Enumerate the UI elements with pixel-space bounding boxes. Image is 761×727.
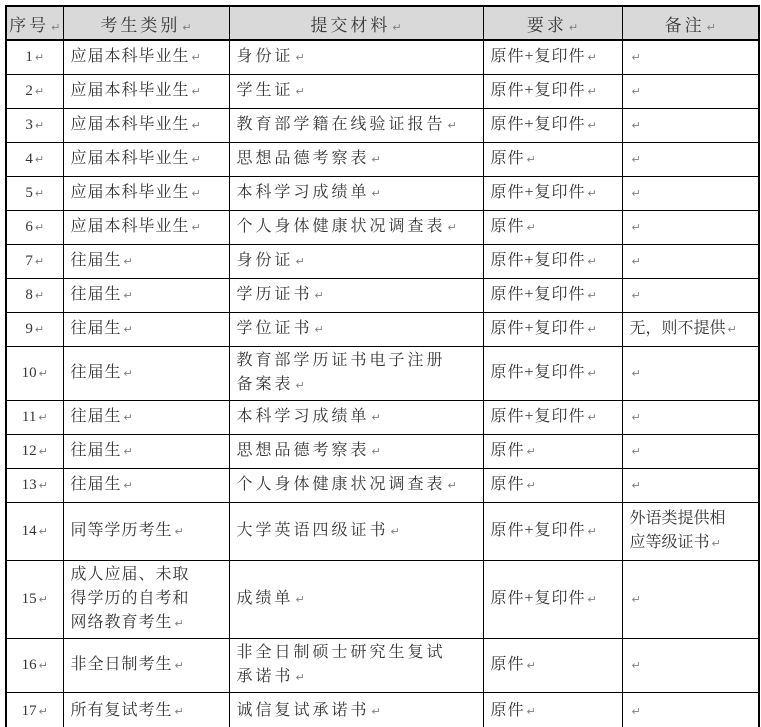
- paragraph-mark-icon: ↵: [39, 705, 48, 718]
- cell-submitted-material: 个人身体健康状况调查表↵: [229, 468, 483, 502]
- cell-text: 原件+复印件: [491, 82, 586, 99]
- cell-submitted-material: 个人身体健康状况调查表↵: [229, 210, 483, 244]
- header-label: 要求: [527, 16, 567, 35]
- paragraph-mark-icon: ↵: [588, 85, 597, 98]
- paragraph-mark-icon: ↵: [39, 479, 48, 492]
- cell-text: 应届本科毕业生: [71, 48, 190, 65]
- cell-text: 诚信复试承诺书: [237, 702, 370, 719]
- cell-text: 12: [22, 443, 37, 459]
- paragraph-mark-icon: ↵: [39, 659, 48, 672]
- cell-candidate-category: 应届本科毕业生↵: [63, 108, 229, 142]
- paragraph-mark-icon: ↵: [632, 51, 641, 64]
- cell-text: 身份证: [237, 252, 294, 269]
- cell-text: 原件: [491, 702, 525, 719]
- cell-requirement: 原件↵: [483, 434, 622, 468]
- paragraph-mark-icon: ↵: [632, 445, 641, 458]
- cell-submitted-material: 成绩单↵: [229, 560, 483, 638]
- cell-text: 原件+复印件: [491, 320, 586, 337]
- cell-candidate-category: 往届生↵: [63, 468, 229, 502]
- paragraph-mark-icon: ↵: [39, 367, 48, 380]
- paragraph-mark-icon: ↵: [296, 51, 305, 64]
- paragraph-mark-icon: ↵: [175, 659, 184, 672]
- cell-candidate-category: 应届本科毕业生↵: [63, 142, 229, 176]
- cell-submitted-material: 本科学习成绩单↵: [229, 176, 483, 210]
- header-serial-number: 序号↵: [6, 6, 63, 40]
- paragraph-mark-icon: ↵: [296, 85, 305, 98]
- paragraph-mark-icon: ↵: [35, 289, 44, 302]
- table-row: 11↵往届生↵本科学习成绩单↵原件+复印件↵↵: [6, 400, 759, 434]
- cell-text: 15: [22, 591, 37, 607]
- cell-text: 1: [25, 49, 33, 65]
- cell-serial-number: 11↵: [6, 400, 63, 434]
- paragraph-mark-icon: ↵: [296, 255, 305, 268]
- paragraph-mark-icon: ↵: [372, 187, 381, 200]
- cell-requirement: 原件+复印件↵: [483, 502, 622, 560]
- header-candidate-category: 考生类别↵: [63, 6, 229, 40]
- paragraph-mark-icon: ↵: [632, 411, 641, 424]
- cell-requirement: 原件+复印件↵: [483, 346, 622, 400]
- cell-text: 原件+复印件: [491, 48, 586, 65]
- paragraph-mark-icon: ↵: [527, 445, 536, 458]
- paragraph-mark-icon: ↵: [315, 323, 324, 336]
- cell-requirement: 原件+复印件↵: [483, 40, 622, 74]
- cell-serial-number: 3↵: [6, 108, 63, 142]
- paragraph-mark-icon: ↵: [392, 21, 401, 34]
- table-body: 1↵应届本科毕业生↵身份证↵原件+复印件↵↵2↵应届本科毕业生↵学生证↵原件+复…: [6, 40, 759, 727]
- paragraph-mark-icon: ↵: [124, 367, 133, 380]
- paragraph-mark-icon: ↵: [527, 479, 536, 492]
- cell-requirement: 原件↵: [483, 638, 622, 692]
- paragraph-mark-icon: ↵: [35, 119, 44, 132]
- table-row: 1↵应届本科毕业生↵身份证↵原件+复印件↵↵: [6, 40, 759, 74]
- cell-text: 原件+复印件: [491, 184, 586, 201]
- cell-text: 往届生: [71, 320, 122, 337]
- header-submitted-materials: 提交材料↵: [229, 6, 483, 40]
- cell-remark: ↵: [622, 468, 759, 502]
- cell-remark: 无，则不提供↵: [622, 312, 759, 346]
- table-header: 序号↵ 考生类别↵ 提交材料↵ 要求↵ 备注↵: [6, 6, 759, 40]
- cell-candidate-category: 应届本科毕业生↵: [63, 210, 229, 244]
- cell-submitted-material: 学历证书↵: [229, 278, 483, 312]
- paragraph-mark-icon: ↵: [124, 445, 133, 458]
- table-row: 5↵应届本科毕业生↵本科学习成绩单↵原件+复印件↵↵: [6, 176, 759, 210]
- paragraph-mark-icon: ↵: [372, 705, 381, 718]
- cell-requirement: 原件+复印件↵: [483, 74, 622, 108]
- table-row: 10↵往届生↵教育部学历证书电子注册 备案表↵原件+复印件↵↵: [6, 346, 759, 400]
- paragraph-mark-icon: ↵: [448, 221, 457, 234]
- cell-text: 思想品德考察表: [237, 442, 370, 459]
- cell-text: 学位证书: [237, 320, 313, 337]
- paragraph-mark-icon: ↵: [527, 153, 536, 166]
- cell-submitted-material: 教育部学籍在线验证报告↵: [229, 108, 483, 142]
- cell-text: 学生证: [237, 82, 294, 99]
- cell-submitted-material: 思想品德考察表↵: [229, 142, 483, 176]
- cell-candidate-category: 应届本科毕业生↵: [63, 74, 229, 108]
- paragraph-mark-icon: ↵: [569, 21, 578, 34]
- cell-text: 大学英语四级证书: [237, 522, 389, 539]
- paragraph-mark-icon: ↵: [39, 445, 48, 458]
- paragraph-mark-icon: ↵: [391, 525, 400, 538]
- cell-text: 往届生: [71, 286, 122, 303]
- paragraph-mark-icon: ↵: [527, 659, 536, 672]
- paragraph-mark-icon: ↵: [296, 593, 305, 606]
- cell-text: 所有复试考生: [71, 702, 173, 719]
- cell-serial-number: 5↵: [6, 176, 63, 210]
- table-row: 15↵成人应届、未取 得学历的自考和 网络教育考生↵成绩单↵原件+复印件↵↵: [6, 560, 759, 638]
- cell-candidate-category: 应届本科毕业生↵: [63, 176, 229, 210]
- cell-candidate-category: 往届生↵: [63, 346, 229, 400]
- cell-text: 原件: [491, 150, 525, 167]
- cell-requirement: 原件+复印件↵: [483, 560, 622, 638]
- paragraph-mark-icon: ↵: [39, 593, 48, 606]
- paragraph-mark-icon: ↵: [632, 289, 641, 302]
- cell-text: 2: [25, 83, 33, 99]
- cell-text: 16: [22, 657, 37, 673]
- cell-remark: 外语类提供相 应等级证书↵: [622, 502, 759, 560]
- paragraph-mark-icon: ↵: [35, 153, 44, 166]
- cell-text: 个人身体健康状况调查表: [237, 218, 446, 235]
- cell-text: 无，则不提供: [630, 320, 726, 337]
- cell-candidate-category: 往届生↵: [63, 244, 229, 278]
- cell-text: 17: [22, 703, 37, 719]
- paragraph-mark-icon: ↵: [707, 21, 716, 34]
- paragraph-mark-icon: ↵: [175, 617, 184, 630]
- cell-candidate-category: 往届生↵: [63, 434, 229, 468]
- cell-requirement: 原件↵: [483, 210, 622, 244]
- header-requirement: 要求↵: [483, 6, 622, 40]
- cell-text: 原件: [491, 476, 525, 493]
- cell-serial-number: 8↵: [6, 278, 63, 312]
- paragraph-mark-icon: ↵: [632, 659, 641, 672]
- table-row: 12↵往届生↵思想品德考察表↵原件↵↵: [6, 434, 759, 468]
- cell-submitted-material: 诚信复试承诺书↵: [229, 692, 483, 727]
- cell-text: 非全日制考生: [71, 656, 173, 673]
- cell-serial-number: 10↵: [6, 346, 63, 400]
- cell-text: 11: [22, 409, 36, 425]
- paragraph-mark-icon: ↵: [124, 479, 133, 492]
- paragraph-mark-icon: ↵: [35, 255, 44, 268]
- paragraph-mark-icon: ↵: [588, 51, 597, 64]
- table-row: 4↵应届本科毕业生↵思想品德考察表↵原件↵↵: [6, 142, 759, 176]
- paragraph-mark-icon: ↵: [632, 119, 641, 132]
- cell-text: 原件+复印件: [491, 252, 586, 269]
- cell-text: 原件: [491, 218, 525, 235]
- cell-text: 13: [22, 477, 37, 493]
- paragraph-mark-icon: ↵: [175, 525, 184, 538]
- cell-remark: ↵: [622, 346, 759, 400]
- cell-remark: ↵: [622, 40, 759, 74]
- cell-submitted-material: 学位证书↵: [229, 312, 483, 346]
- cell-remark: ↵: [622, 638, 759, 692]
- cell-candidate-category: 应届本科毕业生↵: [63, 40, 229, 74]
- cell-text: 往届生: [71, 476, 122, 493]
- cell-submitted-material: 教育部学历证书电子注册 备案表↵: [229, 346, 483, 400]
- table-row: 8↵往届生↵学历证书↵原件+复印件↵↵: [6, 278, 759, 312]
- paragraph-mark-icon: ↵: [35, 221, 44, 234]
- paragraph-mark-icon: ↵: [632, 85, 641, 98]
- cell-text: 应届本科毕业生: [71, 82, 190, 99]
- materials-table: 序号↵ 考生类别↵ 提交材料↵ 要求↵ 备注↵ 1↵应届本科毕业生↵身份证↵原件…: [5, 5, 760, 727]
- paragraph-mark-icon: ↵: [632, 593, 641, 606]
- cell-text: 14: [22, 523, 37, 539]
- header-row: 序号↵ 考生类别↵ 提交材料↵ 要求↵ 备注↵: [6, 6, 759, 40]
- cell-requirement: 原件+复印件↵: [483, 244, 622, 278]
- cell-remark: ↵: [622, 692, 759, 727]
- cell-remark: ↵: [622, 210, 759, 244]
- cell-text: 应届本科毕业生: [71, 150, 190, 167]
- cell-text: 往届生: [71, 408, 122, 425]
- cell-text: 学历证书: [237, 286, 313, 303]
- paragraph-mark-icon: ↵: [588, 525, 597, 538]
- cell-text: 原件+复印件: [491, 116, 586, 133]
- paragraph-mark-icon: ↵: [632, 367, 641, 380]
- paragraph-mark-icon: ↵: [588, 255, 597, 268]
- cell-submitted-material: 非全日制硕士研究生复试 承诺书↵: [229, 638, 483, 692]
- paragraph-mark-icon: ↵: [192, 221, 201, 234]
- cell-candidate-category: 同等学历考生↵: [63, 502, 229, 560]
- cell-submitted-material: 学生证↵: [229, 74, 483, 108]
- paragraph-mark-icon: ↵: [192, 51, 201, 64]
- table-row: 6↵应届本科毕业生↵个人身体健康状况调查表↵原件↵↵: [6, 210, 759, 244]
- header-label: 备注: [665, 16, 705, 35]
- paragraph-mark-icon: ↵: [632, 221, 641, 234]
- cell-text: 4: [25, 151, 33, 167]
- cell-text: 教育部学籍在线验证报告: [237, 116, 446, 133]
- cell-requirement: 原件↵: [483, 468, 622, 502]
- paragraph-mark-icon: ↵: [588, 323, 597, 336]
- cell-candidate-category: 非全日制考生↵: [63, 638, 229, 692]
- cell-text: 非全日制硕士研究生复试 承诺书: [237, 644, 446, 685]
- cell-text: 8: [25, 287, 33, 303]
- cell-text: 5: [25, 185, 33, 201]
- paragraph-mark-icon: ↵: [588, 187, 597, 200]
- paragraph-mark-icon: ↵: [192, 187, 201, 200]
- cell-text: 思想品德考察表: [237, 150, 370, 167]
- cell-remark: ↵: [622, 74, 759, 108]
- table-row: 13↵往届生↵个人身体健康状况调查表↵原件↵↵: [6, 468, 759, 502]
- cell-text: 10: [22, 365, 37, 381]
- paragraph-mark-icon: ↵: [632, 705, 641, 718]
- paragraph-mark-icon: ↵: [124, 323, 133, 336]
- cell-requirement: 原件+复印件↵: [483, 176, 622, 210]
- paragraph-mark-icon: ↵: [372, 153, 381, 166]
- cell-submitted-material: 身份证↵: [229, 244, 483, 278]
- cell-candidate-category: 往届生↵: [63, 400, 229, 434]
- cell-text: 原件+复印件: [491, 408, 586, 425]
- paragraph-mark-icon: ↵: [448, 479, 457, 492]
- cell-serial-number: 12↵: [6, 434, 63, 468]
- cell-candidate-category: 成人应届、未取 得学历的自考和 网络教育考生↵: [63, 560, 229, 638]
- header-label: 序号: [9, 16, 49, 35]
- cell-text: 身份证: [237, 48, 294, 65]
- paragraph-mark-icon: ↵: [192, 153, 201, 166]
- cell-text: 原件: [491, 656, 525, 673]
- cell-requirement: 原件+复印件↵: [483, 400, 622, 434]
- cell-text: 教育部学历证书电子注册 备案表: [237, 352, 446, 393]
- table-row: 14↵同等学历考生↵大学英语四级证书↵原件+复印件↵外语类提供相 应等级证书↵: [6, 502, 759, 560]
- cell-text: 个人身体健康状况调查表: [237, 476, 446, 493]
- cell-serial-number: 6↵: [6, 210, 63, 244]
- cell-text: 成绩单: [237, 590, 294, 607]
- paragraph-mark-icon: ↵: [315, 289, 324, 302]
- paragraph-mark-icon: ↵: [192, 119, 201, 132]
- cell-remark: ↵: [622, 142, 759, 176]
- paragraph-mark-icon: ↵: [124, 411, 133, 424]
- table-row: 3↵应届本科毕业生↵教育部学籍在线验证报告↵原件+复印件↵↵: [6, 108, 759, 142]
- cell-serial-number: 17↵: [6, 692, 63, 727]
- cell-serial-number: 14↵: [6, 502, 63, 560]
- table-row: 7↵往届生↵身份证↵原件+复印件↵↵: [6, 244, 759, 278]
- paragraph-mark-icon: ↵: [35, 85, 44, 98]
- paragraph-mark-icon: ↵: [527, 221, 536, 234]
- paragraph-mark-icon: ↵: [39, 525, 48, 538]
- paragraph-mark-icon: ↵: [712, 537, 721, 550]
- paragraph-mark-icon: ↵: [588, 289, 597, 302]
- paragraph-mark-icon: ↵: [588, 593, 597, 606]
- cell-submitted-material: 身份证↵: [229, 40, 483, 74]
- paragraph-mark-icon: ↵: [192, 85, 201, 98]
- paragraph-mark-icon: ↵: [51, 21, 60, 34]
- header-label: 考生类别: [100, 16, 180, 35]
- table-row: 2↵应届本科毕业生↵学生证↵原件+复印件↵↵: [6, 74, 759, 108]
- cell-text: 9: [25, 321, 33, 337]
- paragraph-mark-icon: ↵: [728, 323, 737, 336]
- cell-text: 原件+复印件: [491, 522, 586, 539]
- cell-remark: ↵: [622, 176, 759, 210]
- cell-serial-number: 13↵: [6, 468, 63, 502]
- cell-text: 成人应届、未取 得学历的自考和 网络教育考生: [71, 566, 190, 631]
- cell-text: 应届本科毕业生: [71, 218, 190, 235]
- cell-serial-number: 15↵: [6, 560, 63, 638]
- cell-serial-number: 7↵: [6, 244, 63, 278]
- table-row: 17↵所有复试考生↵诚信复试承诺书↵原件↵↵: [6, 692, 759, 727]
- table-row: 9↵往届生↵学位证书↵原件+复印件↵无，则不提供↵: [6, 312, 759, 346]
- header-remarks: 备注↵: [622, 6, 759, 40]
- cell-submitted-material: 本科学习成绩单↵: [229, 400, 483, 434]
- paragraph-mark-icon: ↵: [38, 411, 47, 424]
- paragraph-mark-icon: ↵: [588, 411, 597, 424]
- paragraph-mark-icon: ↵: [296, 379, 305, 392]
- cell-text: 原件: [491, 442, 525, 459]
- paragraph-mark-icon: ↵: [296, 671, 305, 684]
- paragraph-mark-icon: ↵: [588, 367, 597, 380]
- cell-candidate-category: 往届生↵: [63, 278, 229, 312]
- cell-text: 原件+复印件: [491, 286, 586, 303]
- cell-text: 往届生: [71, 364, 122, 381]
- cell-remark: ↵: [622, 400, 759, 434]
- cell-serial-number: 1↵: [6, 40, 63, 74]
- cell-candidate-category: 所有复试考生↵: [63, 692, 229, 727]
- cell-text: 应届本科毕业生: [71, 184, 190, 201]
- cell-text: 本科学习成绩单: [237, 184, 370, 201]
- cell-serial-number: 4↵: [6, 142, 63, 176]
- cell-serial-number: 9↵: [6, 312, 63, 346]
- cell-submitted-material: 思想品德考察表↵: [229, 434, 483, 468]
- paragraph-mark-icon: ↵: [632, 153, 641, 166]
- cell-text: 7: [25, 253, 33, 269]
- paragraph-mark-icon: ↵: [182, 21, 191, 34]
- paragraph-mark-icon: ↵: [124, 255, 133, 268]
- paragraph-mark-icon: ↵: [372, 445, 381, 458]
- cell-text: 原件+复印件: [491, 364, 586, 381]
- cell-candidate-category: 往届生↵: [63, 312, 229, 346]
- cell-text: 本科学习成绩单: [237, 408, 370, 425]
- cell-serial-number: 2↵: [6, 74, 63, 108]
- cell-requirement: 原件+复印件↵: [483, 312, 622, 346]
- paragraph-mark-icon: ↵: [124, 289, 133, 302]
- paragraph-mark-icon: ↵: [35, 323, 44, 336]
- paragraph-mark-icon: ↵: [632, 479, 641, 492]
- paragraph-mark-icon: ↵: [632, 255, 641, 268]
- cell-submitted-material: 大学英语四级证书↵: [229, 502, 483, 560]
- cell-text: 6: [25, 219, 33, 235]
- paragraph-mark-icon: ↵: [372, 411, 381, 424]
- cell-remark: ↵: [622, 278, 759, 312]
- cell-serial-number: 16↵: [6, 638, 63, 692]
- paragraph-mark-icon: ↵: [35, 51, 44, 64]
- cell-remark: ↵: [622, 560, 759, 638]
- paragraph-mark-icon: ↵: [448, 119, 457, 132]
- paragraph-mark-icon: ↵: [588, 119, 597, 132]
- table-row: 16↵非全日制考生↵非全日制硕士研究生复试 承诺书↵原件↵↵: [6, 638, 759, 692]
- paragraph-mark-icon: ↵: [35, 187, 44, 200]
- cell-requirement: 原件+复印件↵: [483, 278, 622, 312]
- cell-text: 3: [25, 117, 33, 133]
- cell-requirement: 原件+复印件↵: [483, 108, 622, 142]
- cell-remark: ↵: [622, 434, 759, 468]
- paragraph-mark-icon: ↵: [175, 705, 184, 718]
- paragraph-mark-icon: ↵: [527, 705, 536, 718]
- cell-remark: ↵: [622, 108, 759, 142]
- cell-text: 往届生: [71, 442, 122, 459]
- cell-text: 同等学历考生: [71, 522, 173, 539]
- cell-requirement: 原件↵: [483, 142, 622, 176]
- cell-text: 原件+复印件: [491, 590, 586, 607]
- cell-text: 往届生: [71, 252, 122, 269]
- cell-text: 应届本科毕业生: [71, 116, 190, 133]
- cell-requirement: 原件↵: [483, 692, 622, 727]
- header-label: 提交材料: [310, 16, 390, 35]
- paragraph-mark-icon: ↵: [632, 187, 641, 200]
- cell-remark: ↵: [622, 244, 759, 278]
